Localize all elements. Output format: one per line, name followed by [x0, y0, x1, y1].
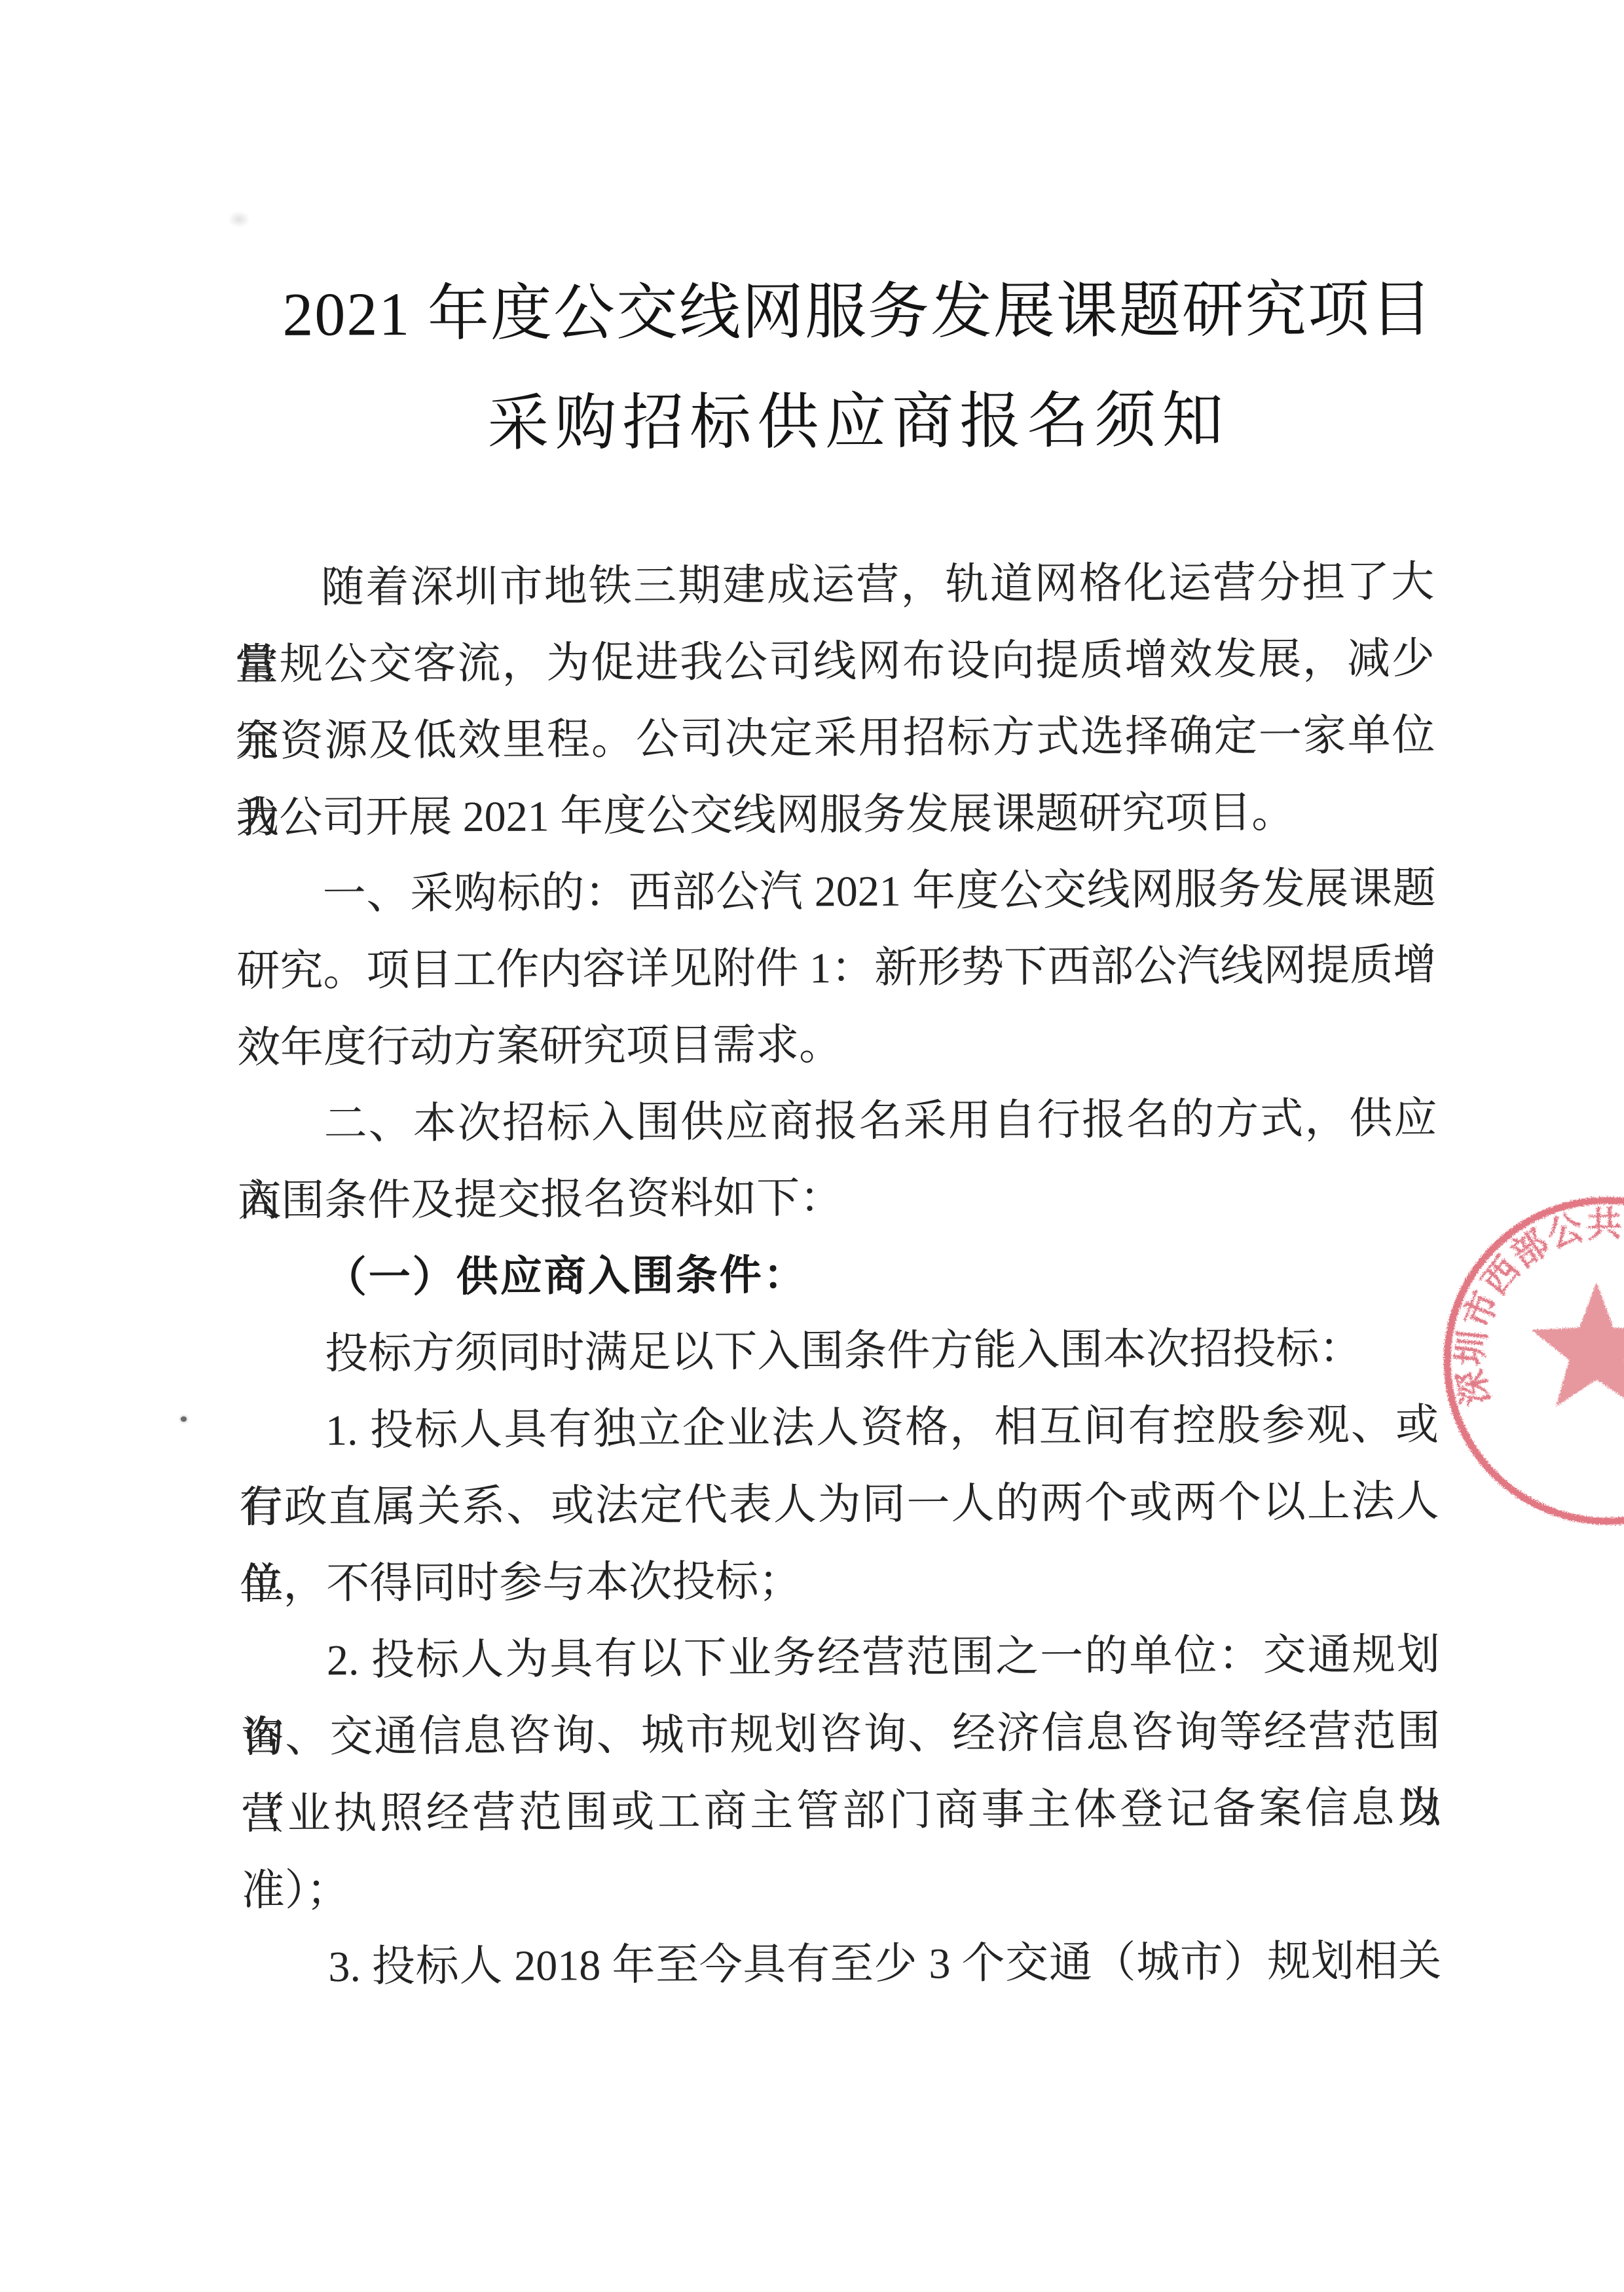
scan-smudge: [228, 211, 250, 228]
document-title-line-1: 2021 年度公交线网服务发展课题研究项目: [46, 267, 1624, 359]
text-line: 我公司开展 2021 年度公交线网服务发展课题研究项目。: [236, 773, 1436, 857]
text-line: 一、采购标的：西部公汽 2021 年度公交线网服务发展课题: [236, 850, 1436, 933]
document-page: 2021 年度公交线网服务发展课题研究项目 采购招标供应商报名须知 随着深圳市地…: [0, 0, 1624, 2292]
text-line: 余资源及低效里程。公司决定采用招标方式选择确定一家单位为: [235, 697, 1435, 780]
text-line: 随着深圳市地铁三期建成运营，轨道网格化运营分担了大量: [234, 544, 1435, 627]
text-line: 研究。项目工作内容详见附件 1：新形势下西部公汽线网提质增: [236, 927, 1437, 1010]
text-line: 入围条件及提交报名资料如下：: [238, 1156, 1438, 1240]
text-line: 常规公交客流，为促进我公司线网布设向提质增效发展，减少冗: [235, 620, 1435, 703]
text-line: 2. 投标人为具有以下业务经营范围之一的单位：交通规划咨: [240, 1616, 1441, 1699]
document-title-line-2: 采购招标供应商报名须知: [46, 377, 1624, 469]
text-line: 位，不得同时参与本次投标；: [240, 1540, 1440, 1623]
official-seal-stamp: 深圳市西部公共汽车有限公司: [1437, 1191, 1624, 1531]
text-line: 询、交通信息咨询、城市规划咨询、经济信息咨询等经营范围（以: [240, 1693, 1441, 1776]
text-line: 投标方须同时满足以下入围条件方能入围本次招投标：: [238, 1310, 1439, 1393]
title-block: 2021 年度公交线网服务发展课题研究项目 采购招标供应商报名须知: [45, 0, 1624, 3]
text-line: （一）供应商入围条件：: [238, 1233, 1439, 1316]
text-line: 准）；: [241, 1846, 1441, 1929]
scan-speck: [181, 1416, 187, 1422]
text-line: 效年度行动方案研究项目需求。: [237, 1003, 1437, 1086]
text-line: 1. 投标人具有独立企业法人资格，相互间有控股参观、或有: [239, 1386, 1439, 1469]
text-line: 行政直属关系、或法定代表人为同一人的两个或两个以上法人单: [239, 1463, 1439, 1546]
body-text-block: 随着深圳市地铁三期建成运营，轨道网格化运营分担了大量常规公交客流，为促进我公司线…: [234, 544, 1442, 2006]
text-line: 营业执照经营范围或工商主管部门商事主体登记备案信息为: [241, 1769, 1441, 1853]
seal-graphic: 深圳市西部公共汽车有限公司: [1437, 1191, 1624, 1531]
seal-star-icon: [1531, 1282, 1624, 1407]
text-line: 二、本次招标入围供应商报名采用自行报名的方式，供应商: [237, 1080, 1437, 1163]
text-line: 3. 投标人 2018 年至今具有至少 3 个交通（城市）规划相关: [242, 1923, 1442, 2006]
